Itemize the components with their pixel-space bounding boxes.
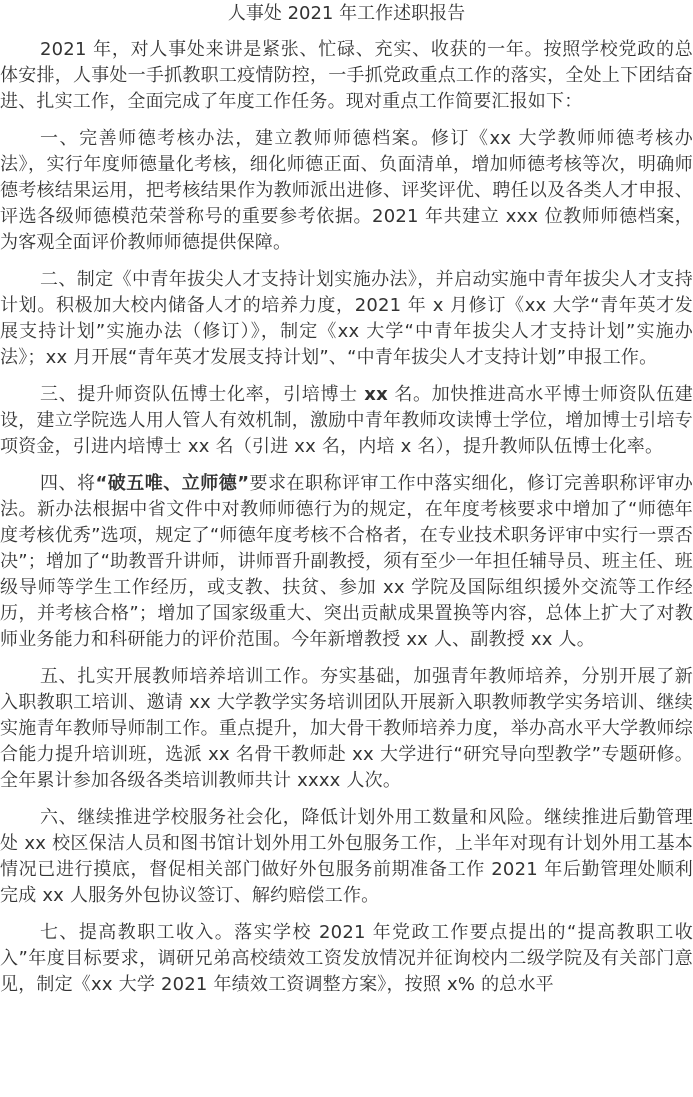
paragraph-section-2: 二、制定《中青年拔尖人才支持计划实施办法》，并启动实施中青年拔尖人才支持计划。积… [0, 267, 693, 371]
paragraph-section-6: 六、继续推进学校服务社会化，降低计划外用工数量和风险。继续推进后勤管理处 xx … [0, 805, 693, 909]
document-title: 人事处 2021 年工作述职报告 [0, 0, 693, 27]
section-4-bold-slogan: “破五唯、立师德” [95, 473, 249, 494]
paragraph-section-4: 四、将“破五唯、立师德”要求在职称评审工作中落实细化，修订完善职称评审办法。新办… [0, 471, 693, 653]
paragraph-section-5: 五、扎实开展教师培养培训工作。夯实基础，加强青年教师培养，分别开展了新入职教职工… [0, 664, 693, 794]
section-3-bold-count: xx [364, 384, 388, 405]
paragraph-section-3: 三、提升师资队伍博士化率，引培博士 xx 名。加快推进高水平博士师资队伍建设，建… [0, 382, 693, 460]
section-4-text-after: 要求在职称评审工作中落实细化，修订完善职称评审办法。新办法根据中省文件中对教师师… [0, 473, 693, 650]
section-3-text-before: 三、提升师资队伍博士化率，引培博士 [40, 384, 364, 405]
section-4-text-before: 四、将 [40, 473, 95, 494]
paragraph-section-1: 一、完善师德考核办法，建立教师师德档案。修订《xx 大学教师师德考核办法》，实行… [0, 126, 693, 256]
document: 人事处 2021 年工作述职报告 2021 年，对人事处来讲是紧张、忙碌、充实、… [0, 0, 693, 998]
paragraph-intro: 2021 年，对人事处来讲是紧张、忙碌、充实、收获的一年。按照学校党政的总体安排… [0, 37, 693, 115]
paragraph-section-7: 七、提高教职工收入。落实学校 2021 年党政工作要点提出的“提高教职工收入”年… [0, 920, 693, 998]
